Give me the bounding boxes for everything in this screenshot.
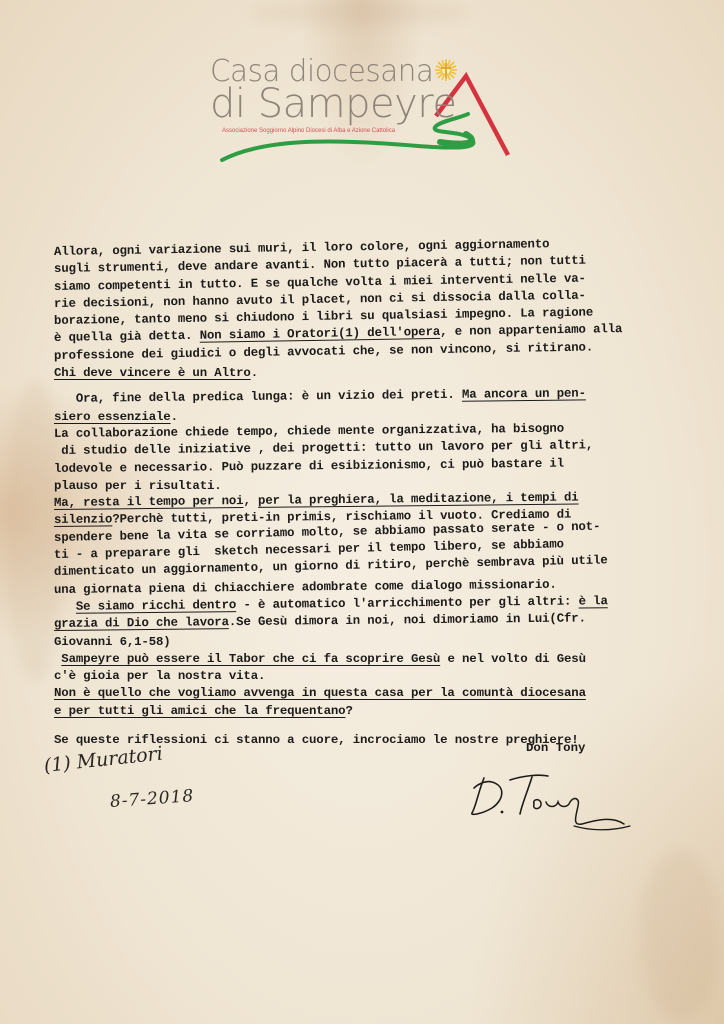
text-line: c'è gioia per la nostra vita. xyxy=(54,668,694,685)
underlined-text: Non siamo i Oratori(1) dell'opera xyxy=(200,325,441,343)
text-line: Giovanni 6,1-58) xyxy=(54,634,694,651)
text-segment: e nel volto di Gesù xyxy=(440,652,586,666)
text-segment: - è automatico l'arricchimento per gli a… xyxy=(236,594,579,612)
text-segment: . xyxy=(171,410,178,424)
underlined-text: grazia di Dio che lavora xyxy=(54,615,229,631)
text-segment: . xyxy=(251,366,258,380)
underlined-text: è la xyxy=(578,594,607,608)
text-segment xyxy=(54,600,76,614)
text-segment: , xyxy=(243,494,258,508)
logo-subtitle: Associazione Soggiorno Alpino Diocesi di… xyxy=(222,128,395,134)
paragraph-2: Ora, fine della predica lunga: è un vizi… xyxy=(54,391,694,495)
underlined-text: Ma, resta il tempo per noi xyxy=(54,494,244,510)
paragraph-1: Allora, ogni variazione sui muri, il lor… xyxy=(54,244,694,382)
underlined-text: Chi deve vincere è un Altro xyxy=(54,366,251,380)
underlined-text: Se siamo ricchi dentro xyxy=(76,598,236,614)
paper-stain xyxy=(640,850,720,1020)
paper-stain xyxy=(250,0,470,25)
text-segment: , e non apparteniamo alla xyxy=(440,323,622,340)
text-segment: .Se Gesù dimora in noi, noi dimoriamo in… xyxy=(229,612,586,630)
text-segment: è quella già detta. xyxy=(54,329,200,345)
underlined-text: silenzio xyxy=(54,513,112,528)
text-line: Non è quello che vogliamo avvenga in que… xyxy=(54,685,694,702)
handwritten-signature xyxy=(462,768,642,838)
underlined-text: Non è quello che vogliamo avvenga in que… xyxy=(54,686,586,700)
underlined-text: e per tutti gli amici che la frequentano xyxy=(54,704,345,718)
casa-diocesana-logo: Casa diocesana di Sampeyre Associazione … xyxy=(208,54,518,164)
underlined-text: Sampeyre può essere il Tabor che ci fa s… xyxy=(61,652,440,666)
text-segment: ? xyxy=(345,704,352,718)
underlined-text: per la preghiera, la meditazione, i temp… xyxy=(258,491,579,508)
text-line: e per tutti gli amici che la frequentano… xyxy=(54,703,694,720)
text-segment: Ora, fine della predica lunga: è un vizi… xyxy=(54,388,462,406)
logo-title-line2: di Sampeyre xyxy=(210,81,456,127)
text-line: Sampeyre può essere il Tabor che ci fa s… xyxy=(54,651,694,668)
letter-body: Allora, ogni variazione sui muri, il lor… xyxy=(54,244,694,749)
text-line: Chi deve vincere è un Altro. xyxy=(54,365,694,382)
underlined-text: siero essenziale xyxy=(54,410,171,424)
paragraph-3: Ma, resta il tempo per noi, per la pregh… xyxy=(54,495,694,720)
sun-cross-icon xyxy=(435,59,457,81)
underlined-text: Ma ancora un pen- xyxy=(462,387,586,402)
signoff-name: Don Tony xyxy=(526,741,586,755)
